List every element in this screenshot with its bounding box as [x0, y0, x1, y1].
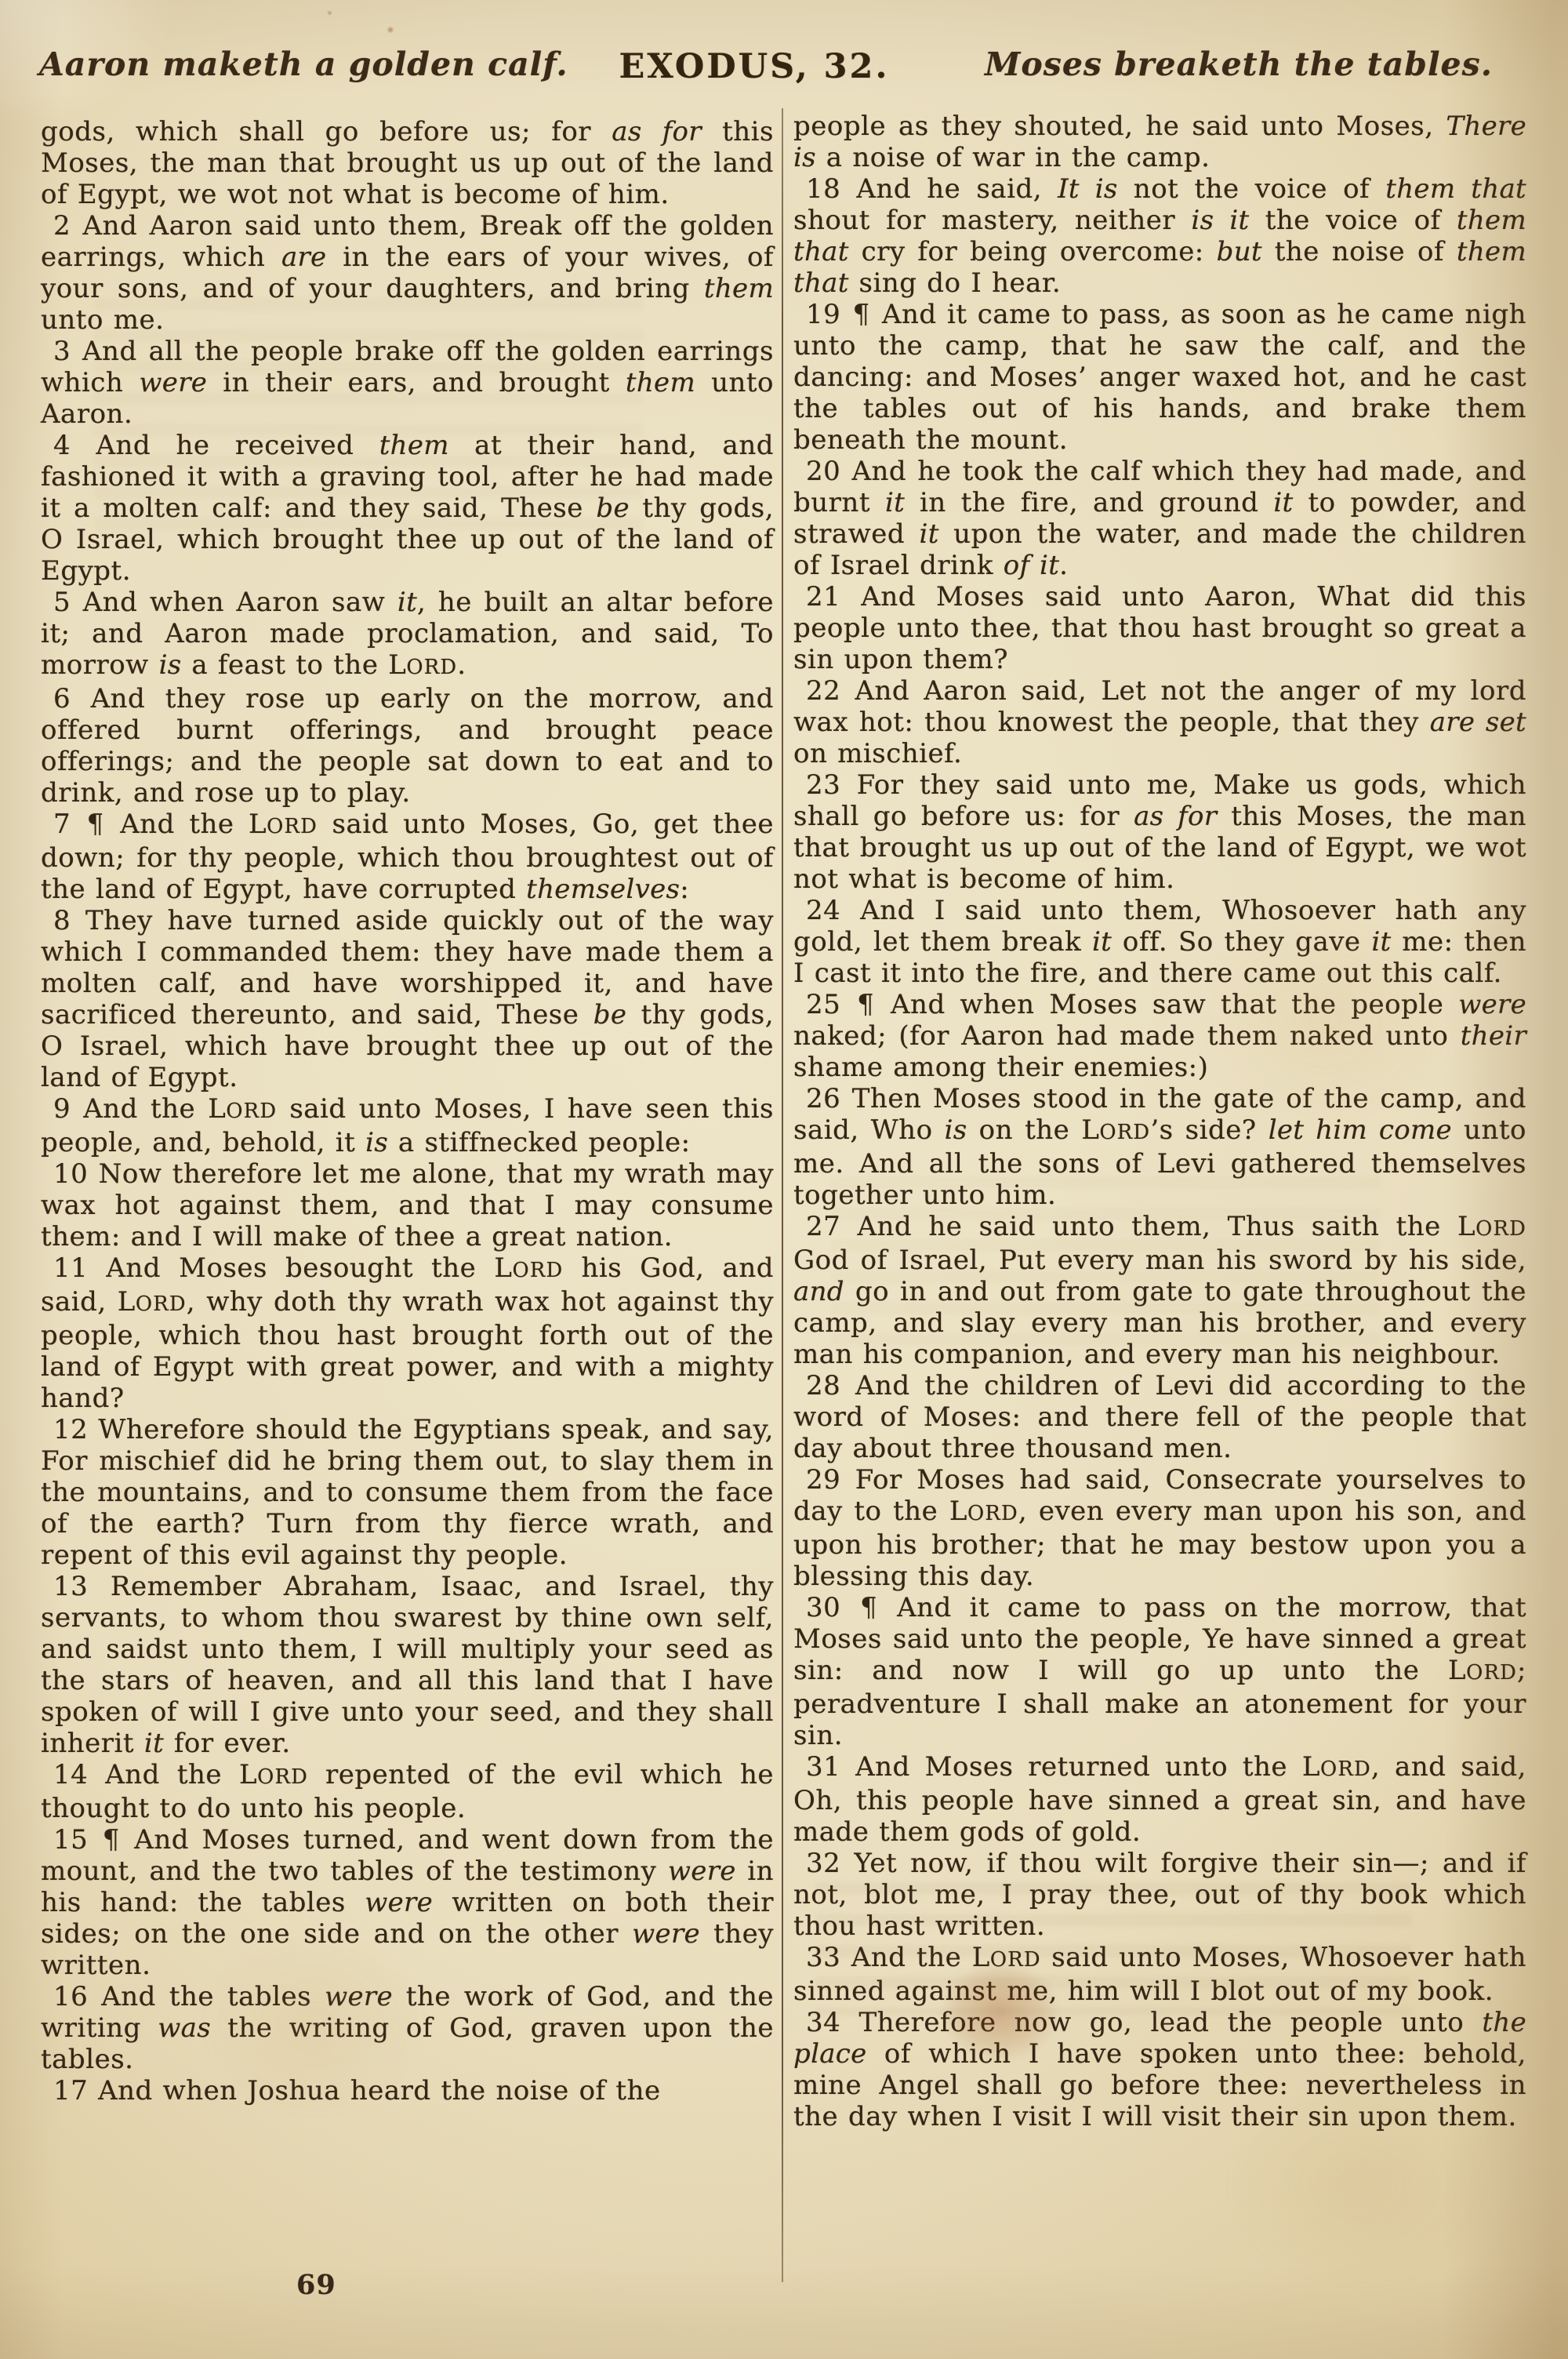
- verse-paragraph: 7 ¶ And the LORD said unto Moses, Go, ge…: [41, 809, 774, 905]
- verse-number: 22: [806, 675, 855, 707]
- italic-supplied-word: let him come: [1269, 1114, 1452, 1146]
- italic-supplied-word: it: [1371, 926, 1391, 958]
- verse-paragraph: 14 And the LORD repented of the evil whi…: [41, 1759, 774, 1824]
- italic-supplied-word: was: [158, 2012, 211, 2044]
- paper-freckle: [326, 9, 333, 16]
- verse-number: 20: [806, 456, 851, 487]
- verse-paragraph: 22 And Aaron said, Let not the anger of …: [793, 675, 1526, 769]
- chapter-heading: EXODUS, 32.: [619, 47, 890, 86]
- italic-supplied-word: them that: [793, 236, 1526, 299]
- divine-name-small-caps: LORD: [249, 809, 318, 840]
- italic-supplied-word: it: [1273, 487, 1293, 518]
- verse-paragraph: 24 And I said unto them, Whosoever hath …: [793, 895, 1526, 989]
- italic-supplied-word: and: [793, 1276, 844, 1307]
- verse-number: 3: [53, 336, 82, 367]
- italic-supplied-word: There is: [793, 111, 1526, 173]
- verse-number: 34: [806, 2007, 858, 2038]
- verse-paragraph: 11 And Moses besought the LORD his God, …: [41, 1252, 774, 1414]
- verse-number: 15: [53, 1824, 101, 1856]
- pilcrow-mark: ¶: [85, 809, 121, 840]
- italic-supplied-word: of it: [1004, 550, 1059, 581]
- verse-number: 24: [806, 895, 860, 926]
- italic-supplied-word: is: [159, 649, 182, 681]
- verse-number: 19: [806, 299, 851, 330]
- divine-name-small-caps: LORD: [494, 1252, 563, 1284]
- verse-number: 9: [53, 1093, 83, 1125]
- italic-supplied-word: were: [632, 1918, 700, 1950]
- italic-supplied-word: them: [379, 430, 449, 461]
- divine-name-small-caps-tail: ORD: [406, 656, 457, 679]
- verse-paragraph: 20 And he took the calf which they had m…: [793, 456, 1526, 581]
- scanned-bible-page: Aaron maketh a golden calf. EXODUS, 32. …: [0, 0, 1568, 2359]
- verse-number: 13: [53, 1571, 111, 1602]
- italic-supplied-word: them that: [793, 205, 1526, 267]
- divine-name-small-caps-tail: ORD: [1475, 1217, 1526, 1241]
- pilcrow-mark: ¶: [858, 1592, 897, 1623]
- italic-supplied-word: were: [668, 1856, 736, 1887]
- verse-number: 28: [806, 1370, 855, 1401]
- verse-number: 23: [806, 769, 857, 801]
- pilcrow-mark: ¶: [855, 989, 891, 1020]
- divine-name-small-caps: LORD: [1448, 1655, 1517, 1686]
- verse-number: 6: [53, 683, 91, 714]
- verse-number: 4: [53, 430, 96, 461]
- italic-supplied-word: themselves: [526, 874, 680, 905]
- divine-name-small-caps-tail: ORD: [267, 815, 318, 838]
- verse-paragraph: 33 And the LORD said unto Moses, Whosoev…: [793, 1942, 1526, 2007]
- italic-supplied-word: it: [144, 1728, 164, 1759]
- verse-paragraph: 21 And Moses said unto Aaron, What did t…: [793, 581, 1526, 675]
- verse-paragraph: 9 And the LORD said unto Moses, I have s…: [41, 1093, 774, 1158]
- italic-supplied-word: were: [139, 367, 207, 398]
- divine-name-small-caps: LORD: [972, 1942, 1041, 1973]
- italic-supplied-word: is: [365, 1127, 388, 1158]
- divine-name-small-caps: LORD: [1457, 1211, 1526, 1242]
- verse-paragraph: 10 Now therefore let me alone, that my w…: [41, 1158, 774, 1252]
- italic-supplied-word: as for: [612, 116, 702, 147]
- text-column-left: gods, which shall go before us; for as f…: [41, 116, 774, 2106]
- verse-paragraph: 27 And he said unto them, Thus saith the…: [793, 1211, 1526, 1370]
- divine-name-small-caps: LORD: [239, 1759, 308, 1790]
- verse-number: 30: [806, 1592, 858, 1623]
- verse-paragraph: 19 ¶ And it came to pass, as soon as he …: [793, 299, 1526, 456]
- divine-name-small-caps: LORD: [949, 1496, 1018, 1527]
- divine-name-small-caps-tail: ORD: [257, 1765, 308, 1789]
- verse-paragraph: 8 They have turned aside quickly out of …: [41, 905, 774, 1093]
- verse-number: 21: [806, 581, 861, 612]
- verse-paragraph: 29 For Moses had said, Consecrate yourse…: [793, 1464, 1526, 1592]
- divine-name-small-caps-tail: ORD: [512, 1259, 563, 1282]
- verse-paragraph: 28 And the children of Levi did accordin…: [793, 1370, 1526, 1464]
- verse-paragraph: 13 Remember Abraham, Isaac, and Israel, …: [41, 1571, 774, 1759]
- pilcrow-mark: ¶: [101, 1824, 135, 1856]
- verse-number: 10: [53, 1158, 99, 1190]
- divine-name-small-caps: LORD: [1081, 1114, 1150, 1146]
- italic-supplied-word: it: [1092, 926, 1112, 958]
- verse-paragraph: 18 And he said, It is not the voice of t…: [793, 173, 1526, 299]
- pilcrow-mark: ¶: [851, 299, 882, 330]
- italic-supplied-word: is: [945, 1114, 967, 1146]
- verse-number: 2: [53, 210, 83, 242]
- divine-name-small-caps: LORD: [388, 649, 457, 681]
- verse-paragraph: 31 And Moses returned unto the LORD, and…: [793, 1751, 1526, 1848]
- verse-paragraph: 32 Yet now, if thou wilt forgive their s…: [793, 1848, 1526, 1942]
- italic-supplied-word: are set: [1430, 707, 1526, 738]
- verse-paragraph: 2 And Aaron said unto them, Break off th…: [41, 210, 774, 336]
- verse-paragraph: 6 And they rose up early on the morrow, …: [41, 683, 774, 809]
- running-head-right: Moses breaketh the tables.: [985, 45, 1493, 83]
- verse-number: 25: [806, 989, 855, 1020]
- text-column-right: people as they shouted, he said unto Mos…: [793, 111, 1526, 2132]
- italic-supplied-word: them that: [1385, 173, 1526, 205]
- divine-name-small-caps-tail: ORD: [1320, 1757, 1371, 1781]
- verse-number: 18: [806, 173, 856, 205]
- running-head-left: Aaron maketh a golden calf.: [39, 45, 568, 83]
- italic-supplied-word: were: [325, 1981, 393, 2012]
- italic-supplied-word: them: [704, 273, 774, 304]
- italic-supplied-word: the place: [793, 2007, 1526, 2070]
- italic-supplied-word: but: [1217, 236, 1262, 267]
- italic-supplied-word: be: [593, 999, 627, 1030]
- verse-number: 11: [53, 1252, 106, 1284]
- verse-paragraph: 15 ¶ And Moses turned, and went down fro…: [41, 1824, 774, 1981]
- verse-number: 8: [53, 905, 85, 936]
- verse-continuation: people as they shouted, he said unto Mos…: [793, 111, 1526, 173]
- divine-name-small-caps-tail: ORD: [1099, 1121, 1150, 1144]
- italic-supplied-word: were: [1458, 989, 1526, 1020]
- divine-name-small-caps-tail: ORD: [990, 1948, 1041, 1972]
- verse-continuation: gods, which shall go before us; for as f…: [41, 116, 774, 210]
- divine-name-small-caps-tail: ORD: [967, 1502, 1018, 1525]
- verse-number: 14: [53, 1759, 105, 1790]
- italic-supplied-word: It is: [1058, 173, 1118, 205]
- verse-paragraph: 34 Therefore now go, lead the people unt…: [793, 2007, 1526, 2132]
- verse-paragraph: 26 Then Moses stood in the gate of the c…: [793, 1083, 1526, 1211]
- verse-number: 32: [806, 1848, 854, 1879]
- italic-supplied-word: is it: [1191, 205, 1249, 236]
- page-number: 69: [296, 2269, 336, 2301]
- verse-number: 7: [53, 809, 85, 840]
- verse-paragraph: 17 And when Joshua heard the noise of th…: [41, 2075, 774, 2106]
- italic-supplied-word: their: [1461, 1020, 1526, 1052]
- verse-paragraph: 23 For they said unto me, Make us gods, …: [793, 769, 1526, 895]
- italic-supplied-word: it: [920, 518, 939, 550]
- verse-paragraph: 5 And when Aaron saw it, he built an alt…: [41, 587, 774, 683]
- verse-number: 33: [806, 1942, 851, 1973]
- italic-supplied-word: are: [281, 242, 327, 273]
- italic-supplied-word: them: [626, 367, 695, 398]
- verse-number: 16: [53, 1981, 101, 2012]
- italic-supplied-word: be: [596, 493, 630, 524]
- divine-name-small-caps-tail: ORD: [1466, 1661, 1517, 1685]
- italic-supplied-word: as for: [1134, 801, 1217, 832]
- verse-paragraph: 25 ¶ And when Moses saw that the people …: [793, 989, 1526, 1083]
- verse-paragraph: 12 Wherefore should the Egyptians speak,…: [41, 1414, 774, 1571]
- verse-paragraph: 4 And he received them at their hand, an…: [41, 430, 774, 587]
- verse-paragraph: 3 And all the people brake off the golde…: [41, 336, 774, 430]
- paper-freckle: [386, 25, 395, 35]
- italic-supplied-word: it: [397, 587, 417, 618]
- verse-number: 17: [53, 2075, 98, 2106]
- italic-supplied-word: were: [365, 1887, 433, 1918]
- divine-name-small-caps-tail: ORD: [136, 1292, 187, 1316]
- divine-name-small-caps: LORD: [118, 1286, 187, 1318]
- verse-paragraph: 16 And the tables were the work of God, …: [41, 1981, 774, 2075]
- italic-supplied-word: it: [885, 487, 905, 518]
- verse-number: 26: [806, 1083, 852, 1114]
- verse-number: 12: [53, 1414, 98, 1445]
- verse-number: 5: [53, 587, 83, 618]
- verse-paragraph: 30 ¶ And it came to pass on the morrow, …: [793, 1592, 1526, 1751]
- divine-name-small-caps: LORD: [1302, 1751, 1371, 1783]
- verse-number: 31: [806, 1751, 855, 1783]
- column-divider-rule: [782, 108, 783, 2282]
- divine-name-small-caps-tail: ORD: [226, 1100, 277, 1123]
- verse-number: 29: [806, 1464, 855, 1496]
- divine-name-small-caps: LORD: [208, 1093, 277, 1125]
- verse-number: 27: [806, 1211, 857, 1242]
